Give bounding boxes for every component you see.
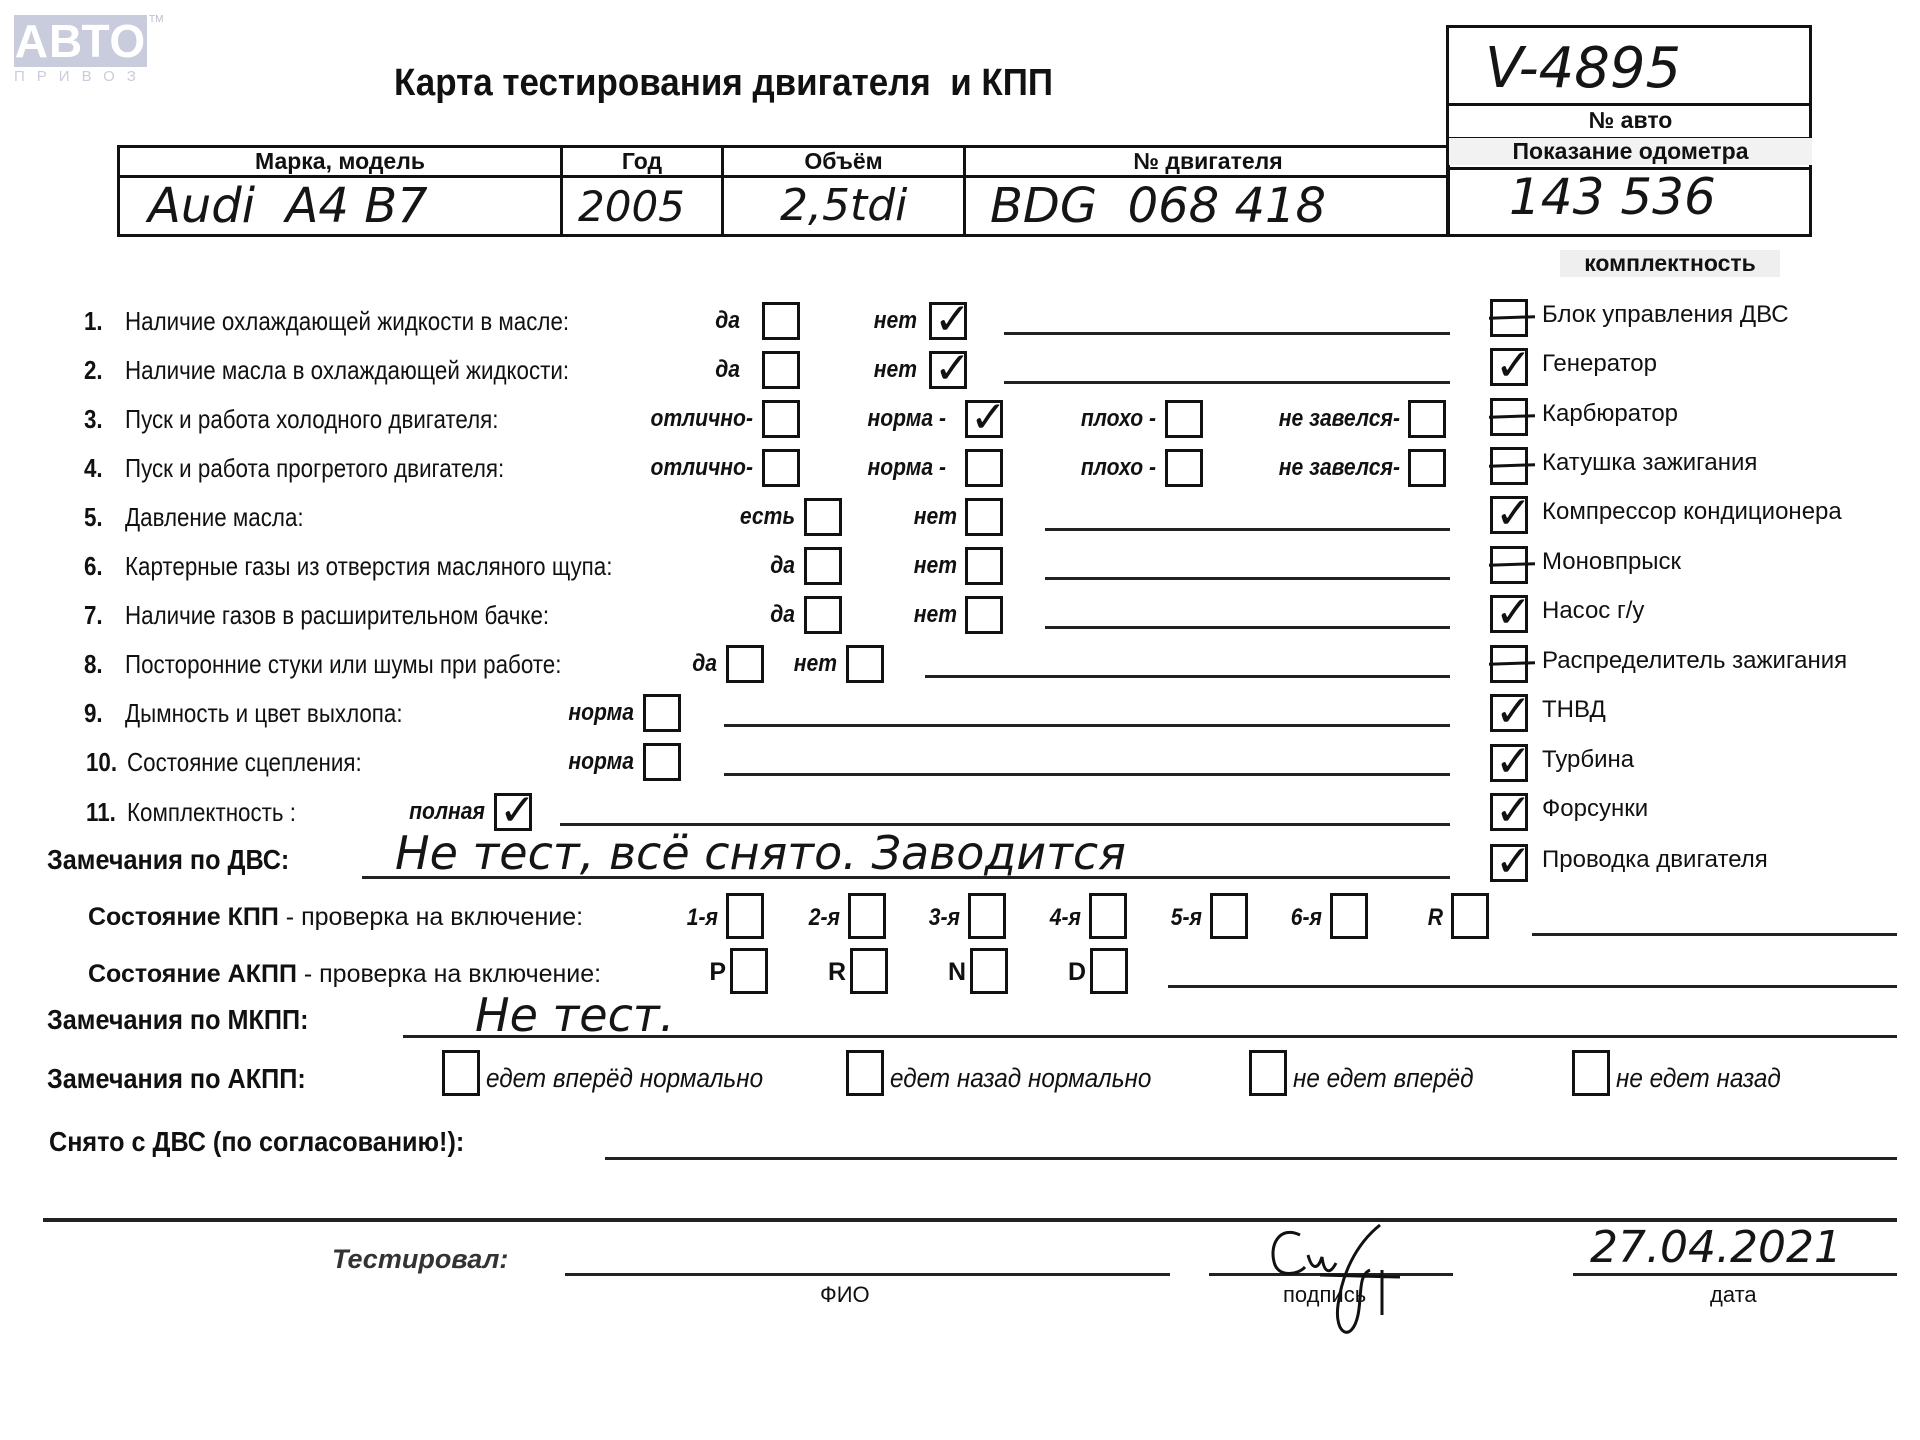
completeness-item-label: Проводка двигателя bbox=[1542, 846, 1768, 874]
removed-line[interactable] bbox=[605, 1157, 1897, 1160]
question-text: Комплектность : bbox=[127, 797, 296, 828]
question-text: Давление масла: bbox=[125, 502, 304, 533]
akpp-remark-checkbox[interactable] bbox=[1572, 1050, 1610, 1096]
question-number: 1. bbox=[84, 306, 103, 337]
header-engine-number: № двигателя bbox=[966, 148, 1450, 175]
checkmark-icon: ✓ bbox=[1495, 847, 1532, 877]
question-text: Пуск и работа холодного двигателя: bbox=[125, 404, 498, 435]
question-number: 7. bbox=[84, 600, 103, 631]
question-number: 11. bbox=[86, 797, 116, 828]
date-field[interactable]: 27.04.2021 bbox=[1590, 1222, 1842, 1273]
checkmark-icon: ✓ bbox=[499, 796, 536, 826]
notes-line[interactable] bbox=[724, 773, 1450, 776]
completeness-item-label: Катушка зажигания bbox=[1542, 449, 1757, 477]
option-label: норма bbox=[458, 748, 634, 776]
notes-line[interactable] bbox=[1045, 528, 1450, 531]
completeness-item-label: Распределитель зажигания bbox=[1542, 647, 1847, 675]
option-label: нет bbox=[741, 307, 917, 335]
checkmark-icon: ✓ bbox=[934, 354, 971, 384]
kpp-label-rest: - проверка на включение: bbox=[279, 903, 583, 931]
question-number: 5. bbox=[84, 502, 103, 533]
dash-mark-icon bbox=[1489, 562, 1535, 567]
option-label: есть bbox=[619, 503, 795, 531]
notes-line[interactable] bbox=[1004, 332, 1450, 335]
akpp-remark-label: едет назад нормально bbox=[890, 1063, 1151, 1094]
checkmark-icon: ✓ bbox=[1495, 598, 1532, 628]
akpp-remarks-label: Замечания по АКПП: bbox=[47, 1063, 306, 1095]
option-label: норма bbox=[458, 699, 634, 727]
akpp-remark-label: не едет вперёд bbox=[1293, 1063, 1474, 1094]
option-label: нет bbox=[781, 552, 957, 580]
question-number: 6. bbox=[84, 551, 103, 582]
header-make-model: Марка, модель bbox=[120, 148, 560, 175]
completeness-checkbox[interactable] bbox=[1490, 546, 1528, 584]
completeness-checkbox[interactable]: ✓ bbox=[1490, 595, 1528, 633]
completeness-item-label: Моновпрыск bbox=[1542, 548, 1681, 576]
completeness-checkbox[interactable]: ✓ bbox=[1490, 348, 1528, 386]
notes-line[interactable] bbox=[724, 724, 1450, 727]
completeness-item-label: Форсунки bbox=[1542, 795, 1648, 823]
date-line[interactable] bbox=[1573, 1273, 1897, 1276]
ice-remarks-field[interactable]: Не тест, всё снято. Заводится bbox=[395, 826, 1126, 880]
akpp-label-bold: Состояние АКПП bbox=[88, 960, 297, 988]
option-label: не завелся- bbox=[1224, 405, 1400, 433]
logo: АВТО bbox=[14, 15, 147, 67]
fio-line[interactable] bbox=[565, 1273, 1170, 1276]
question-number: 8. bbox=[84, 649, 103, 680]
completeness-item-label: Генератор bbox=[1542, 350, 1657, 378]
option-label: да bbox=[619, 601, 795, 629]
option-label: не завелся- bbox=[1224, 454, 1400, 482]
question-number: 4. bbox=[84, 453, 103, 484]
mkpp-remarks-line bbox=[403, 1035, 1897, 1038]
option-label: нет bbox=[781, 601, 957, 629]
option-checkbox[interactable] bbox=[1408, 449, 1446, 487]
option-label: да bbox=[619, 552, 795, 580]
option-checkbox[interactable] bbox=[1165, 400, 1203, 438]
completeness-checkbox[interactable]: ✓ bbox=[1490, 694, 1528, 732]
kpp-notes-line bbox=[1532, 933, 1897, 936]
option-label: плохо - bbox=[980, 454, 1156, 482]
year-field[interactable]: 2005 bbox=[578, 182, 685, 231]
option-label: да bbox=[564, 356, 740, 384]
question-text: Дымность и цвет выхлопа: bbox=[125, 698, 403, 729]
date-label: дата bbox=[1710, 1282, 1757, 1308]
dash-mark-icon bbox=[1489, 414, 1535, 419]
header-volume: Объём bbox=[724, 148, 963, 175]
option-label: нет bbox=[661, 650, 837, 678]
odometer-label: Показание одометра bbox=[1449, 138, 1812, 165]
option-checkbox[interactable] bbox=[1165, 449, 1203, 487]
checkmark-icon: ✓ bbox=[1495, 796, 1532, 826]
question-text: Наличие газов в расширительном бачке: bbox=[125, 600, 549, 631]
notes-line[interactable] bbox=[1045, 577, 1450, 580]
completeness-checkbox[interactable] bbox=[1490, 299, 1528, 337]
question-number: 2. bbox=[84, 355, 103, 386]
completeness-title: комплектность bbox=[1560, 250, 1780, 277]
removed-label: Снято с ДВС (по согласованию!): bbox=[49, 1126, 464, 1158]
kpp-label-bold: Состояние КПП bbox=[88, 903, 279, 931]
notes-line[interactable] bbox=[1004, 381, 1450, 384]
question-number: 3. bbox=[84, 404, 103, 435]
question-number: 9. bbox=[84, 698, 103, 729]
completeness-item-label: Насос г/у bbox=[1542, 597, 1644, 625]
option-checkbox[interactable] bbox=[643, 694, 681, 732]
odometer-field[interactable]: 143 536 bbox=[1509, 168, 1716, 226]
mkpp-remarks-label: Замечания по МКПП: bbox=[47, 1004, 309, 1036]
option-checkbox[interactable] bbox=[1408, 400, 1446, 438]
completeness-checkbox[interactable]: ✓ bbox=[1490, 496, 1528, 534]
completeness-checkbox[interactable]: ✓ bbox=[1490, 844, 1528, 882]
option-checkbox[interactable] bbox=[643, 743, 681, 781]
completeness-checkbox[interactable]: ✓ bbox=[1490, 744, 1528, 782]
vehicle-table: Марка, модель Год Объём № двигателя Audi… bbox=[117, 145, 1450, 237]
option-label: нет bbox=[741, 356, 917, 384]
fio-label: ФИО bbox=[820, 1282, 870, 1308]
car-number-field[interactable]: V-4895 bbox=[1485, 36, 1681, 101]
gear-label: R bbox=[1267, 904, 1443, 932]
logo-subtitle: ПРИВОЗ bbox=[14, 68, 154, 85]
completeness-item-label: Блок управления ДВС bbox=[1542, 301, 1789, 329]
akpp-remark-checkbox[interactable] bbox=[846, 1050, 884, 1096]
make-model-field[interactable]: Audi A4 B7 bbox=[148, 178, 428, 234]
akpp-remark-label: не едет назад bbox=[1616, 1063, 1781, 1094]
completeness-checkbox[interactable] bbox=[1490, 398, 1528, 436]
akpp-mode-label: D bbox=[890, 958, 1086, 987]
dash-mark-icon bbox=[1489, 661, 1535, 666]
question-text: Наличие масла в охлаждающей жидкости: bbox=[125, 355, 569, 386]
question-text: Наличие охлаждающей жидкости в масле: bbox=[125, 306, 569, 337]
option-checkbox[interactable]: ✓ bbox=[929, 351, 967, 389]
checkmark-icon: ✓ bbox=[1495, 747, 1532, 777]
option-label: норма - bbox=[770, 405, 946, 433]
mkpp-remarks-field[interactable]: Не тест. bbox=[475, 988, 674, 1042]
question-text: Картерные газы из отверстия масляного щу… bbox=[125, 551, 612, 582]
page-title: Карта тестирования двигателя и КПП bbox=[394, 62, 1053, 105]
checkmark-icon: ✓ bbox=[1495, 351, 1532, 381]
option-checkbox[interactable] bbox=[965, 498, 1003, 536]
akpp-remark-checkbox[interactable] bbox=[442, 1050, 480, 1096]
option-checkbox[interactable]: ✓ bbox=[929, 302, 967, 340]
akpp-label: Состояние АКПП - проверка на включение: bbox=[88, 960, 601, 989]
dash-mark-icon bbox=[1489, 315, 1535, 320]
car-number-label: № авто bbox=[1449, 107, 1812, 134]
completeness-checkbox[interactable]: ✓ bbox=[1490, 793, 1528, 831]
akpp-remark-label: едет вперёд нормально bbox=[486, 1063, 763, 1094]
gear-checkbox[interactable] bbox=[1451, 893, 1489, 939]
question-number: 10. bbox=[86, 747, 117, 778]
option-checkbox[interactable] bbox=[965, 596, 1003, 634]
checkmark-icon: ✓ bbox=[1495, 697, 1532, 727]
car-info-box: V-4895 № авто Показание одометра 143 536 bbox=[1446, 25, 1812, 237]
completeness-checkbox[interactable] bbox=[1490, 447, 1528, 485]
header-year: Год bbox=[563, 148, 721, 175]
completeness-item-label: ТНВД bbox=[1542, 696, 1606, 724]
question-text: Пуск и работа прогретого двигателя: bbox=[125, 453, 504, 484]
option-label: нет bbox=[781, 503, 957, 531]
notes-line[interactable] bbox=[925, 675, 1450, 678]
ice-remarks-label: Замечания по ДВС: bbox=[47, 844, 289, 876]
signature-scribble bbox=[1260, 1215, 1440, 1345]
question-text: Состояние сцепления: bbox=[127, 747, 362, 778]
volume-field[interactable]: 2,5tdi bbox=[780, 180, 907, 231]
dash-mark-icon bbox=[1489, 463, 1535, 468]
option-label: норма - bbox=[770, 454, 946, 482]
option-checkbox[interactable] bbox=[846, 645, 884, 683]
kpp-label: Состояние КПП - проверка на включение: bbox=[88, 903, 583, 932]
option-checkbox[interactable] bbox=[965, 547, 1003, 585]
akpp-remark-checkbox[interactable] bbox=[1249, 1050, 1287, 1096]
option-label: полная bbox=[309, 798, 485, 826]
tested-by-label: Тестировал: bbox=[332, 1244, 508, 1275]
option-label: отлично- bbox=[577, 454, 753, 482]
checkmark-icon: ✓ bbox=[1495, 499, 1532, 529]
logo-trademark: TM bbox=[149, 14, 163, 25]
akpp-mode-checkbox[interactable] bbox=[1090, 948, 1128, 994]
engine-number-field[interactable]: BDG 068 418 bbox=[990, 178, 1326, 234]
option-label: отлично- bbox=[577, 405, 753, 433]
akpp-notes-line bbox=[1168, 985, 1897, 988]
checkmark-icon: ✓ bbox=[934, 305, 971, 335]
option-label: да bbox=[564, 307, 740, 335]
completeness-item-label: Компрессор кондиционера bbox=[1542, 498, 1842, 526]
option-label: плохо - bbox=[980, 405, 1156, 433]
completeness-item-label: Карбюратор bbox=[1542, 400, 1678, 428]
notes-line[interactable] bbox=[1045, 626, 1450, 629]
question-text: Посторонние стуки или шумы при работе: bbox=[125, 649, 561, 680]
completeness-checkbox[interactable] bbox=[1490, 645, 1528, 683]
completeness-item-label: Турбина bbox=[1542, 746, 1634, 774]
